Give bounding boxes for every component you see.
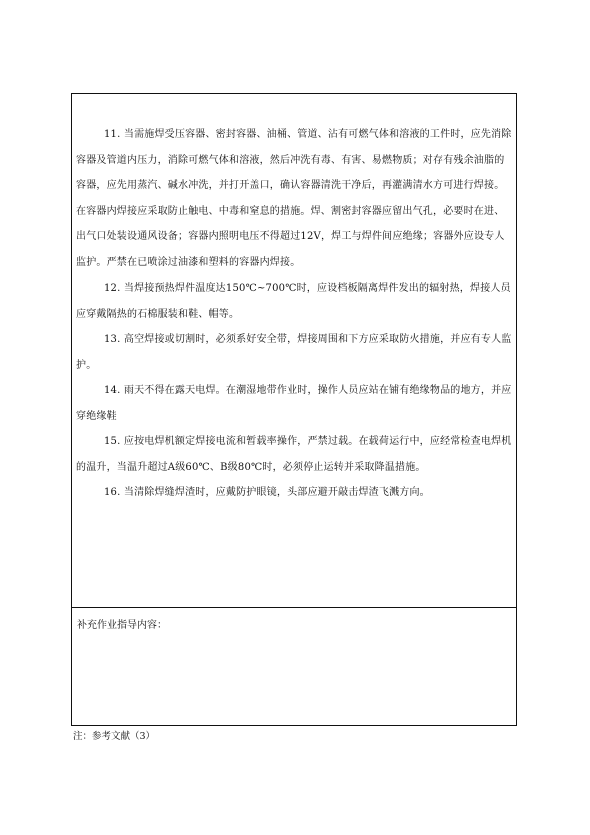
paragraph-16: 16. 当清除焊缝焊渣时，应戴防护眼镜，头部应避开敲击焊渣飞溅方向。	[76, 480, 512, 506]
paragraph-11: 11. 当需施焊受压容器、密封容器、油桶、管道、沾有可燃气体和溶液的工件时，应先…	[76, 122, 512, 275]
supplement-label: 补充作业指导内容：	[77, 616, 167, 631]
paragraph-12: 12. 当焊接预热焊件温度达150℃~700℃时，应设档板隔离焊件发出的辐射热，…	[76, 276, 512, 327]
document-table: 11. 当需施焊受压容器、密封容器、油桶、管道、沾有可燃气体和溶液的工件时，应先…	[71, 93, 517, 726]
reference-note: 注：参考文献（3）	[73, 728, 155, 742]
paragraph-13: 13. 高空焊接或切割时，必须系好安全带，焊接周围和下方应采取防火措施，并应有专…	[76, 327, 512, 378]
paragraph-14: 14. 雨天不得在露天电焊。在潮湿地带作业时，操作人员应站在铺有绝缘物品的地方，…	[76, 378, 512, 429]
paragraph-15: 15. 应按电焊机额定焊接电流和暂载率操作，严禁过载。在载荷运行中，应经常检查电…	[76, 429, 512, 480]
instructions-cell: 11. 当需施焊受压容器、密封容器、油桶、管道、沾有可燃气体和溶液的工件时，应先…	[72, 94, 516, 608]
supplement-cell: 补充作业指导内容：	[72, 608, 516, 725]
